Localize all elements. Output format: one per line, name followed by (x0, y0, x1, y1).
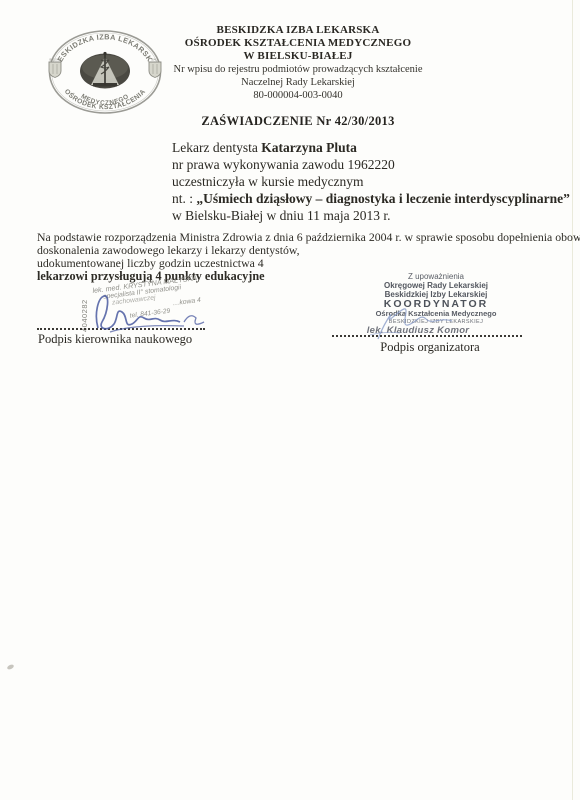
registry-number: 80-000004-003-0040 (16, 89, 580, 102)
participation-line: uczestniczyła w kursie medycznym (172, 173, 572, 190)
registry-line1: Nr wpisu do rejestru podmiotów prowadząc… (16, 63, 580, 76)
org-name-line2: OŚRODEK KSZTAŁCENIA MEDYCZNEGO (16, 37, 580, 50)
letterhead: BESKIDZKA IZBA LEKARSKA OŚRODEK KSZTAŁCE… (16, 24, 580, 102)
org-name-line3: W BIELSKU-BIAŁEJ (16, 50, 580, 63)
recipient-name: Katarzyna Pluta (261, 140, 357, 155)
license-line: nr prawa wykonywania zawodu 1962220 (172, 156, 572, 173)
certificate-body: Lekarz dentysta Katarzyna Pluta nr prawa… (172, 139, 572, 224)
org-name-line1: BESKIDZKA IZBA LEKARSKA (16, 24, 580, 37)
certificate-title: ZAŚWIADCZENIE Nr 42/30/2013 (16, 114, 580, 129)
organizer-handwritten-signature (360, 305, 490, 343)
registry-line2: Naczelnej Rady Lekarskiej (16, 76, 580, 89)
course-prefix: nt. : (172, 191, 196, 206)
recipient-prefix: Lekarz dentysta (172, 140, 261, 155)
paper-speck (6, 664, 14, 671)
course-title: „Uśmiech dziąsłowy – diagnostyka i lecze… (196, 191, 570, 206)
org-stamp-auth2: Okręgowej Rady Lekarskiej (330, 281, 542, 290)
organizer-signature-label: Podpis organizatora (350, 340, 510, 355)
org-stamp-auth1: Z upoważnienia (330, 272, 542, 281)
supervisor-signature-label: Podpis kierownika naukowego (38, 332, 258, 347)
recipient-line: Lekarz dentysta Katarzyna Pluta (172, 139, 572, 156)
supervisor-handwritten-signature (88, 288, 218, 338)
course-line: nt. : „Uśmiech dziąsłowy – diagnostyka i… (172, 190, 572, 207)
scanned-certificate-page: { "seal": { "top_arc": "BESKIDZKA IZBA L… (0, 0, 580, 800)
place-date-line: w Bielsku-Białej w dniu 11 maja 2013 r. (172, 207, 572, 224)
